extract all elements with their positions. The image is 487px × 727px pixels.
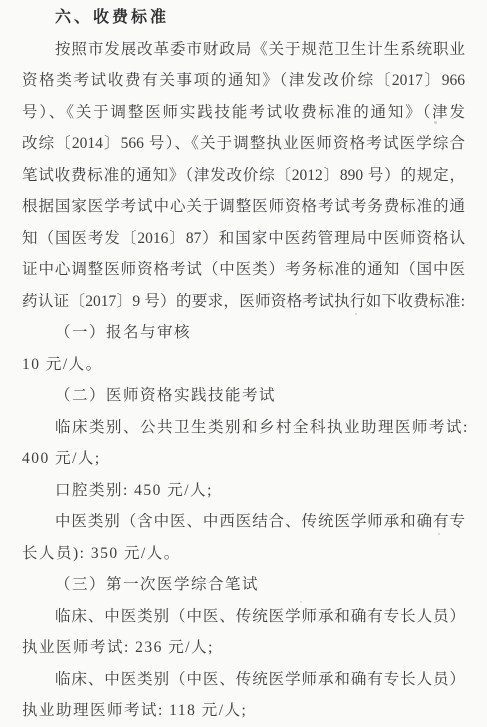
scan-artifact (434, 121, 437, 124)
text-line: （三）第一次医学综合笔试 (22, 569, 465, 601)
text-line: 口腔类别: 450 元/人; (22, 475, 465, 507)
text-line: 按照市发展改革委市财政局《关于规范卫生计生系统职业 (22, 34, 465, 66)
text-line: 药认证〔2017〕9 号）的要求，医师资格考试执行如下收费标准: (22, 286, 465, 318)
text-line: （二）医师资格实践技能考试 (22, 380, 465, 412)
document-body: 按照市发展改革委市财政局《关于规范卫生计生系统职业资格类考试收费有关事项的通知》… (22, 34, 465, 727)
text-line: （一）报名与审核 (22, 317, 465, 349)
document-page: 六、收费标准 按照市发展改革委市财政局《关于规范卫生计生系统职业资格类考试收费有… (0, 0, 487, 727)
text-line: 根据国家医学考试中心关于调整医师资格考试考务费标准的通 (22, 191, 465, 223)
text-line: 临床、中医类别（中医、传统医学师承和确有专长人员） (22, 601, 465, 633)
text-line: 临床类别、公共卫生类别和乡村全科执业助理医师考试: (22, 412, 465, 444)
text-line: 10 元/人。 (22, 349, 465, 381)
text-line: 400 元/人; (22, 443, 465, 475)
text-line: 知（国医考发〔2016〕87）和国家中医药管理局中医师资格认 (22, 223, 465, 255)
section-heading: 六、收费标准 (22, 2, 465, 34)
text-line: 资格类考试收费有关事项的通知》（津发改价综〔2017〕966 (22, 65, 465, 97)
text-line: 证中心调整医师资格考试（中医类）考务标准的通知（国中医 (22, 254, 465, 286)
scan-artifact (300, 601, 302, 603)
text-line: 执业医师考试: 236 元/人; (22, 632, 465, 664)
text-line: 改综〔2014〕566 号）、《关于调整执业医师资格考试医学综合 (22, 128, 465, 160)
text-line: 临床、中医类别（中医、传统医学师承和确有专长人员） (22, 664, 465, 696)
text-line: 笔试收费标准的通知》（津发改价综〔2012〕890 号）的规定， (22, 160, 465, 192)
text-line: 长人员): 350 元/人。 (22, 538, 465, 570)
scan-artifact (438, 533, 440, 535)
text-line: 中医类别（含中医、中西医结合、传统医学师承和确有专 (22, 506, 465, 538)
scan-artifact (355, 313, 357, 315)
text-line: 执业助理医师考试: 118 元/人; (22, 695, 465, 727)
text-line: 号）、《关于调整医师实践技能考试收费标准的通知》（津发 (22, 97, 465, 129)
